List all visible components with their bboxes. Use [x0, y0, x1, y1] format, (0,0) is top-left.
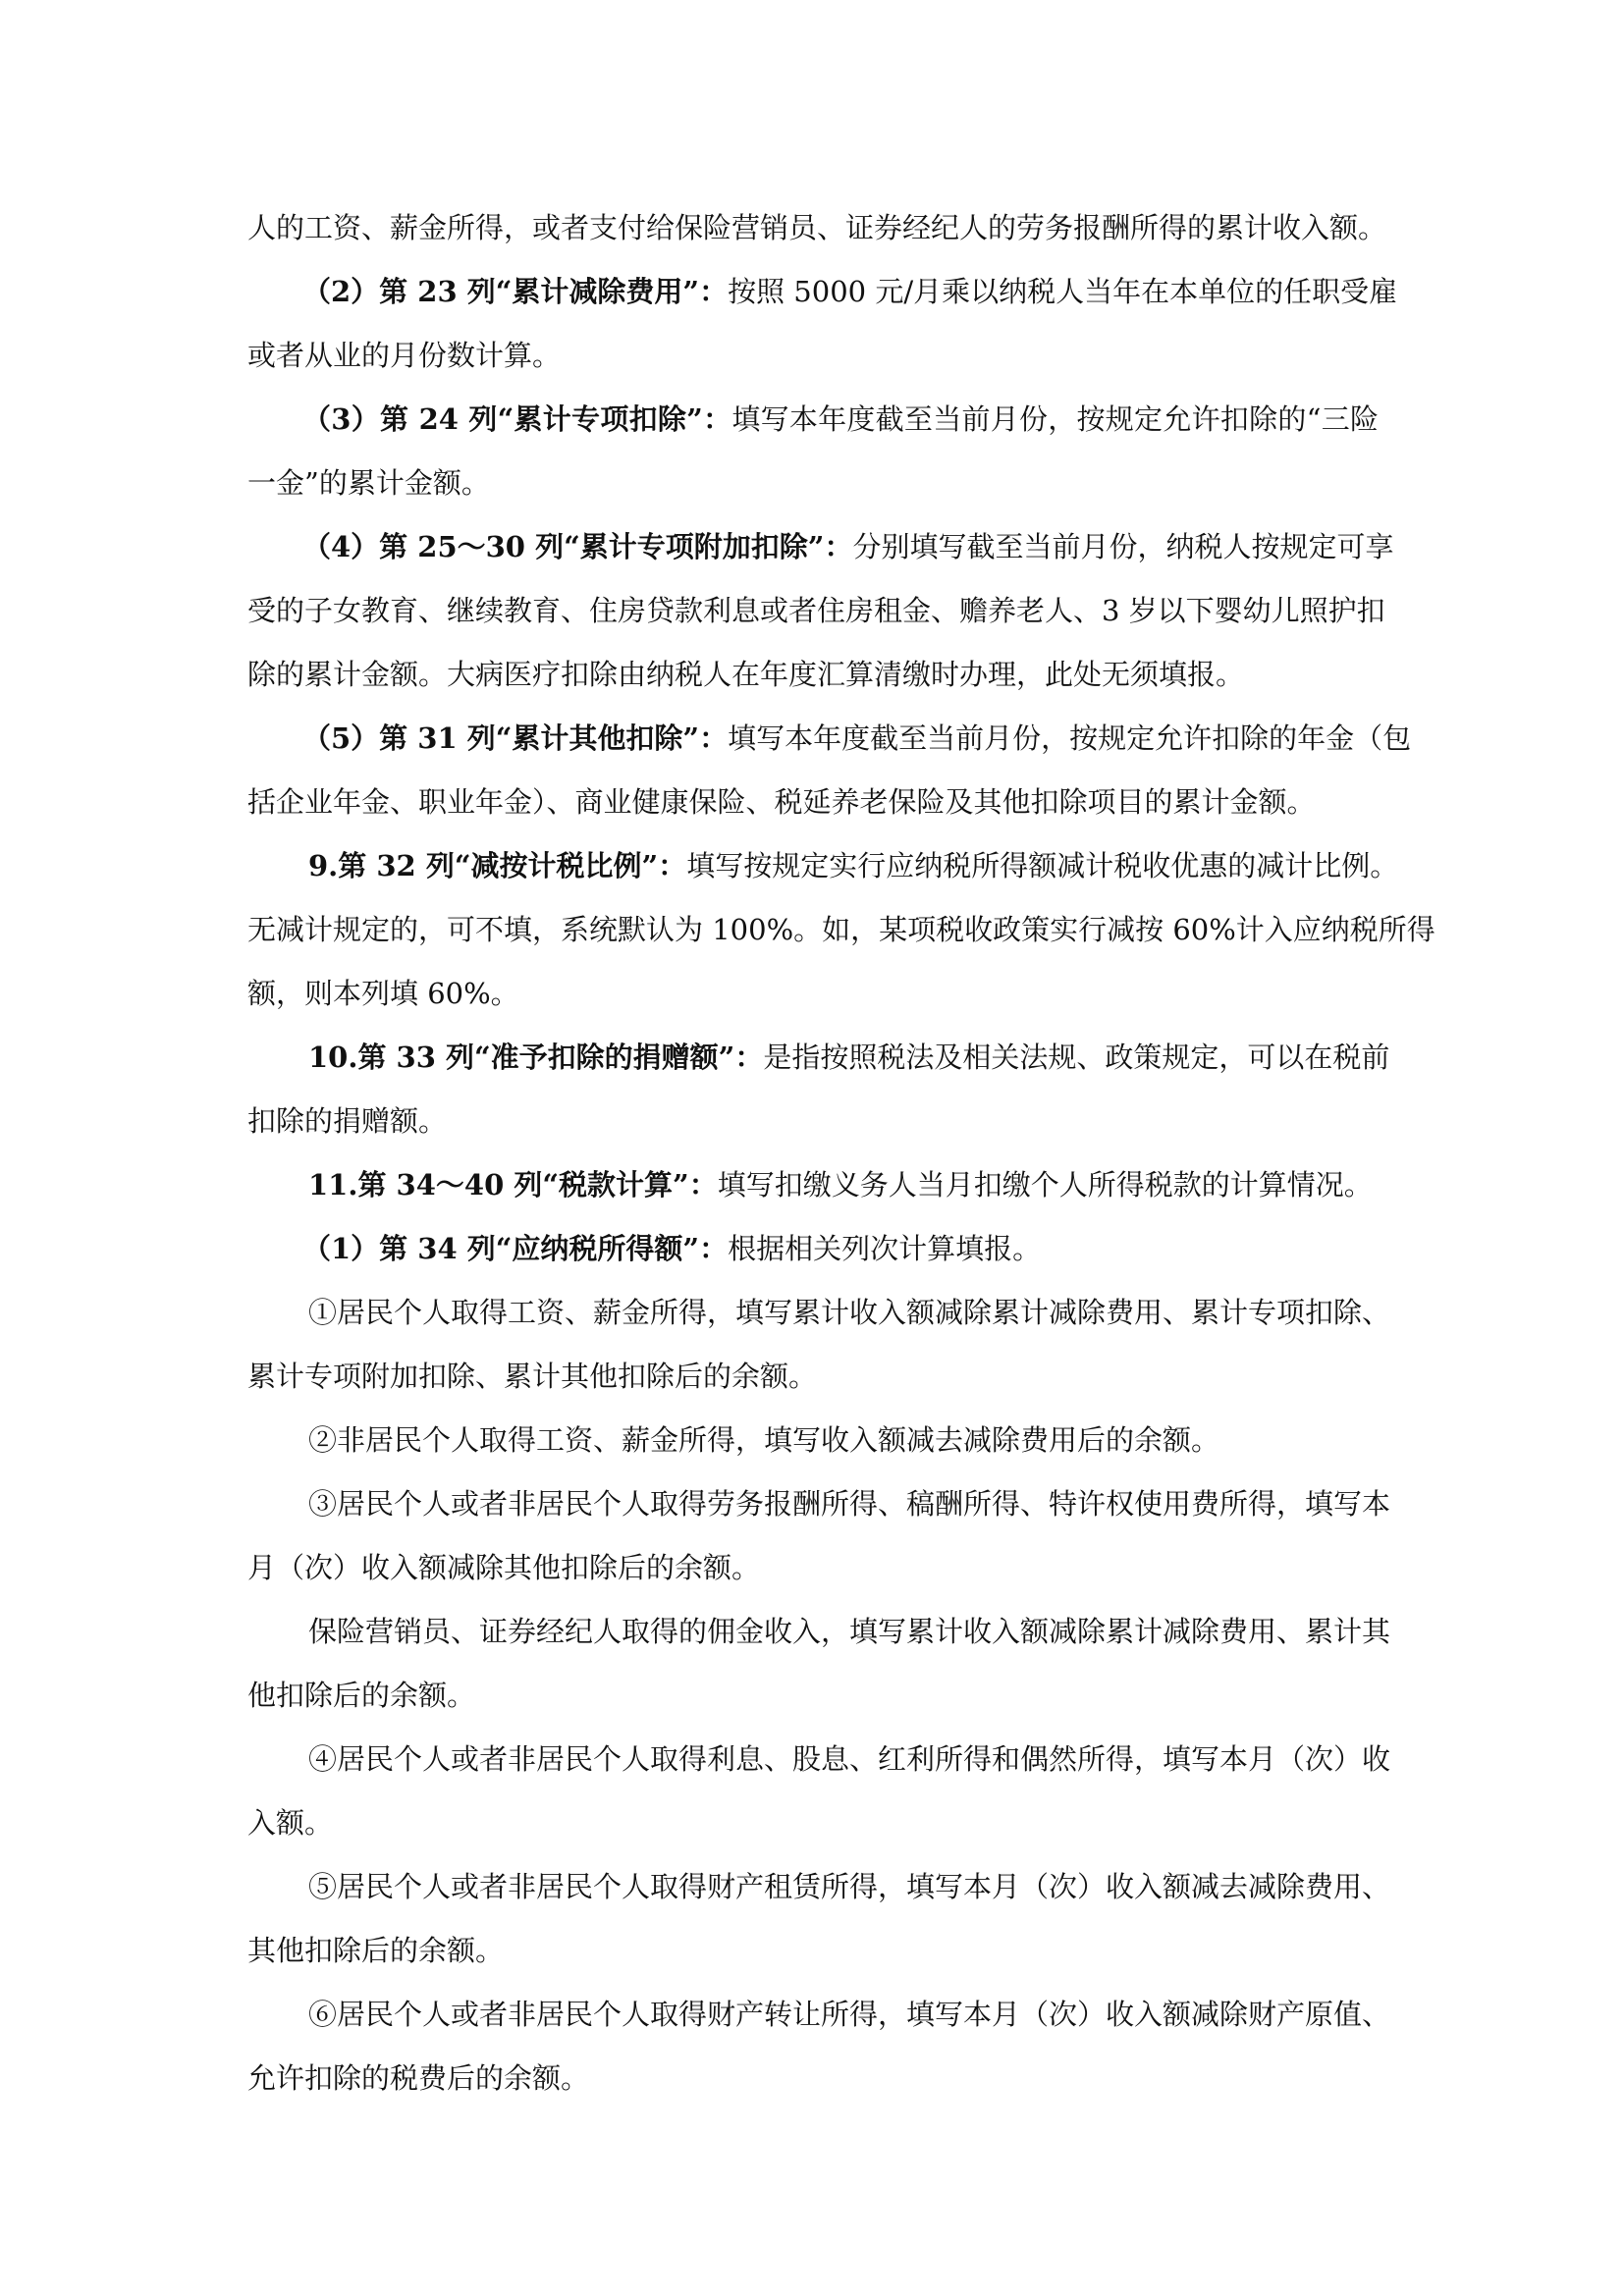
- text-line: ⑤居民个人或者非居民个人取得财产租赁所得，填写本月（次）收入额减去减除费用、: [247, 1855, 1379, 1919]
- body-text: 累计专项附加扣除、累计其他扣除后的余额。: [247, 1360, 817, 1393]
- body-text: 是指按照税法及相关法规、政策规定，可以在税前: [763, 1041, 1389, 1074]
- text-line: 受的子女教育、继续教育、住房贷款利息或者住房租金、赡养老人、3 岁以下婴幼儿照护…: [247, 579, 1379, 643]
- text-line: 9.第 32 列“减按计税比例”：填写按规定实行应纳税所得额减计税收优惠的减计比…: [247, 834, 1379, 898]
- body-text: 填写扣缴义务人当月扣缴个人所得税款的计算情况。: [718, 1168, 1373, 1201]
- text-line: 月（次）收入额减除其他扣除后的余额。: [247, 1536, 1379, 1600]
- body-text: 保险营销员、证券经纪人取得的佣金收入，填写累计收入额减除累计减除费用、累计其: [308, 1615, 1390, 1648]
- body-text: 一金”的累计金额。: [247, 466, 490, 500]
- text-line: 其他扣除后的余额。: [247, 1919, 1379, 1983]
- bold-heading-text: 11.第 34～40 列“税款计算”：: [308, 1168, 718, 1201]
- text-line: 一金”的累计金额。: [247, 452, 1379, 515]
- body-text: ④居民个人或者非居民个人取得利息、股息、红利所得和偶然所得，填写本月（次）收: [308, 1742, 1390, 1776]
- text-line: （2）第 23 列“累计减除费用”：按照 5000 元/月乘以纳税人当年在本单位…: [247, 260, 1379, 324]
- text-line: 累计专项附加扣除、累计其他扣除后的余额。: [247, 1345, 1379, 1409]
- text-line: （3）第 24 列“累计专项扣除”：填写本年度截至当前月份，按规定允许扣除的“三…: [247, 388, 1379, 452]
- para-col-34-40: 11.第 34～40 列“税款计算”：填写扣缴义务人当月扣缴个人所得税款的计算情…: [247, 1153, 1379, 1217]
- body-text: 扣除的捐赠额。: [247, 1104, 447, 1138]
- body-text: 填写按规定实行应纳税所得额减计税收优惠的减计比例。: [686, 849, 1398, 882]
- body-text: 无减计规定的，可不填，系统默认为 100%。如，某项税收政策实行减按 60%计入…: [247, 913, 1435, 946]
- para-col-33: 10.第 33 列“准予扣除的捐赠额”：是指按照税法及相关法规、政策规定，可以在…: [247, 1026, 1379, 1153]
- text-line: 10.第 33 列“准予扣除的捐赠额”：是指按照税法及相关法规、政策规定，可以在…: [247, 1026, 1379, 1090]
- bold-heading-text: （4）第 25～30 列“累计专项附加扣除”：: [302, 530, 852, 563]
- body-text: 人的工资、薪金所得，或者支付给保险营销员、证券经纪人的劳务报酬所得的累计收入额。: [247, 211, 1386, 244]
- text-line: 11.第 34～40 列“税款计算”：填写扣缴义务人当月扣缴个人所得税款的计算情…: [247, 1153, 1379, 1217]
- text-line: 扣除的捐赠额。: [247, 1090, 1379, 1153]
- para-commission: 保险营销员、证券经纪人取得的佣金收入，填写累计收入额减除累计减除费用、累计其他扣…: [247, 1600, 1379, 1728]
- body-text: ⑥居民个人或者非居民个人取得财产转让所得，填写本月（次）收入额减除财产原值、: [308, 1998, 1390, 2031]
- body-text: ⑤居民个人或者非居民个人取得财产租赁所得，填写本月（次）收入额减去减除费用、: [308, 1870, 1390, 1903]
- text-line: （1）第 34 列“应纳税所得额”：根据相关列次计算填报。: [247, 1217, 1379, 1281]
- text-line: （4）第 25～30 列“累计专项附加扣除”：分别填写截至当前月份，纳税人按规定…: [247, 515, 1379, 579]
- para-col-23: （2）第 23 列“累计减除费用”：按照 5000 元/月乘以纳税人当年在本单位…: [247, 260, 1379, 388]
- body-text: ③居民个人或者非居民个人取得劳务报酬所得、稿酬所得、特许权使用费所得，填写本: [308, 1487, 1390, 1521]
- text-line: 入额。: [247, 1791, 1379, 1855]
- bold-heading-text: 10.第 33 列“准予扣除的捐赠额”：: [308, 1041, 763, 1074]
- text-line: ①居民个人取得工资、薪金所得，填写累计收入额减除累计减除费用、累计专项扣除、: [247, 1281, 1379, 1345]
- para-item-3: ③居民个人或者非居民个人取得劳务报酬所得、稿酬所得、特许权使用费所得，填写本月（…: [247, 1472, 1379, 1600]
- text-line: 或者从业的月份数计算。: [247, 324, 1379, 388]
- para-item-5: ⑤居民个人或者非居民个人取得财产租赁所得，填写本月（次）收入额减去减除费用、其他…: [247, 1855, 1379, 1983]
- text-line: ⑥居民个人或者非居民个人取得财产转让所得，填写本月（次）收入额减除财产原值、: [247, 1983, 1379, 2047]
- bold-heading-text: 9.第 32 列“减按计税比例”：: [308, 849, 686, 882]
- para-col-31: （5）第 31 列“累计其他扣除”：填写本年度截至当前月份，按规定允许扣除的年金…: [247, 707, 1379, 834]
- body-text: 根据相关列次计算填报。: [728, 1232, 1041, 1265]
- text-line: 允许扣除的税费后的余额。: [247, 2047, 1379, 2110]
- document-body: 人的工资、薪金所得，或者支付给保险营销员、证券经纪人的劳务报酬所得的累计收入额。…: [247, 196, 1379, 2110]
- para-col-32: 9.第 32 列“减按计税比例”：填写按规定实行应纳税所得额减计税收优惠的减计比…: [247, 834, 1379, 1026]
- text-line: 无减计规定的，可不填，系统默认为 100%。如，某项税收政策实行减按 60%计入…: [247, 898, 1379, 962]
- para-item-1: ①居民个人取得工资、薪金所得，填写累计收入额减除累计减除费用、累计专项扣除、累计…: [247, 1281, 1379, 1409]
- body-text: 入额。: [247, 1806, 333, 1840]
- body-text: 填写本年度截至当前月份，按规定允许扣除的年金（包: [728, 721, 1411, 755]
- text-line: ②非居民个人取得工资、薪金所得，填写收入额减去减除费用后的余额。: [247, 1409, 1379, 1472]
- text-line: ③居民个人或者非居民个人取得劳务报酬所得、稿酬所得、特许权使用费所得，填写本: [247, 1472, 1379, 1536]
- body-text: 受的子女教育、继续教育、住房贷款利息或者住房租金、赡养老人、3 岁以下婴幼儿照护…: [247, 594, 1385, 627]
- body-text: 分别填写截至当前月份，纳税人按规定可享: [852, 530, 1393, 563]
- text-line: ④居民个人或者非居民个人取得利息、股息、红利所得和偶然所得，填写本月（次）收: [247, 1728, 1379, 1791]
- document-page: 人的工资、薪金所得，或者支付给保险营销员、证券经纪人的劳务报酬所得的累计收入额。…: [0, 0, 1624, 2296]
- para-item-2: ②非居民个人取得工资、薪金所得，填写收入额减去减除费用后的余额。: [247, 1409, 1379, 1472]
- body-text: 按照 5000 元/月乘以纳税人当年在本单位的任职受雇: [728, 275, 1397, 308]
- para-col-34: （1）第 34 列“应纳税所得额”：根据相关列次计算填报。: [247, 1217, 1379, 1281]
- bold-heading-text: （5）第 31 列“累计其他扣除”：: [302, 721, 728, 755]
- bold-heading-text: （1）第 34 列“应纳税所得额”：: [302, 1232, 728, 1265]
- para-col-24: （3）第 24 列“累计专项扣除”：填写本年度截至当前月份，按规定允许扣除的“三…: [247, 388, 1379, 515]
- para-item-6: ⑥居民个人或者非居民个人取得财产转让所得，填写本月（次）收入额减除财产原值、允许…: [247, 1983, 1379, 2110]
- bold-heading-text: （2）第 23 列“累计减除费用”：: [302, 275, 728, 308]
- text-line: （5）第 31 列“累计其他扣除”：填写本年度截至当前月份，按规定允许扣除的年金…: [247, 707, 1379, 771]
- body-text: ②非居民个人取得工资、薪金所得，填写收入额减去减除费用后的余额。: [308, 1423, 1219, 1457]
- text-line: 括企业年金、职业年金）、商业健康保险、税延养老保险及其他扣除项目的累计金额。: [247, 771, 1379, 834]
- para-item-4: ④居民个人或者非居民个人取得利息、股息、红利所得和偶然所得，填写本月（次）收入额…: [247, 1728, 1379, 1855]
- body-text: 月（次）收入额减除其他扣除后的余额。: [247, 1551, 760, 1584]
- body-text: 其他扣除后的余额。: [247, 1934, 504, 1967]
- body-text: 额，则本列填 60%。: [247, 977, 519, 1010]
- text-line: 保险营销员、证券经纪人取得的佣金收入，填写累计收入额减除累计减除费用、累计其: [247, 1600, 1379, 1664]
- body-text: 允许扣除的税费后的余额。: [247, 2061, 589, 2095]
- body-text: 或者从业的月份数计算。: [247, 339, 561, 372]
- text-line: 他扣除后的余额。: [247, 1664, 1379, 1728]
- body-text: 他扣除后的余额。: [247, 1679, 475, 1712]
- para-col-25-30: （4）第 25～30 列“累计专项附加扣除”：分别填写截至当前月份，纳税人按规定…: [247, 515, 1379, 707]
- text-line: 除的累计金额。大病医疗扣除由纳税人在年度汇算清缴时办理，此处无须填报。: [247, 643, 1379, 707]
- body-text: 除的累计金额。大病医疗扣除由纳税人在年度汇算清缴时办理，此处无须填报。: [247, 658, 1244, 691]
- bold-heading-text: （3）第 24 列“累计专项扣除”：: [302, 402, 731, 436]
- body-text: 括企业年金、职业年金）、商业健康保险、税延养老保险及其他扣除项目的累计金额。: [247, 785, 1316, 819]
- text-line: 人的工资、薪金所得，或者支付给保险营销员、证券经纪人的劳务报酬所得的累计收入额。: [247, 196, 1379, 260]
- text-line: 额，则本列填 60%。: [247, 962, 1379, 1026]
- para-cumulative-income-cont: 人的工资、薪金所得，或者支付给保险营销员、证券经纪人的劳务报酬所得的累计收入额。: [247, 196, 1379, 260]
- body-text: 填写本年度截至当前月份，按规定允许扣除的“三险: [731, 402, 1379, 436]
- body-text: ①居民个人取得工资、薪金所得，填写累计收入额减除累计减除费用、累计专项扣除、: [308, 1296, 1390, 1329]
